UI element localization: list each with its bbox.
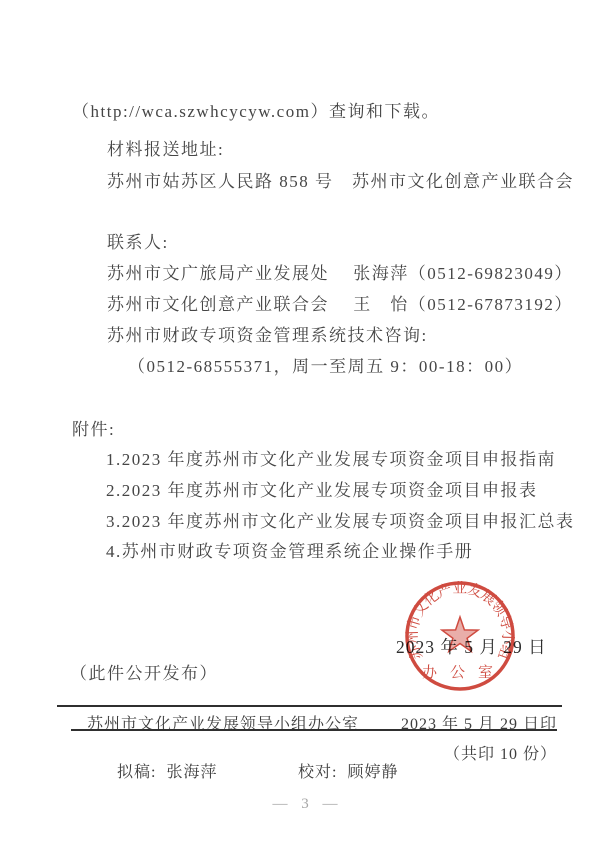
proofreader-label: 校对: bbox=[298, 764, 337, 781]
attachment-item-4: 4.苏州市财政专项资金管理系统企业操作手册 bbox=[106, 541, 473, 562]
contact-line-1: 苏州市文广旅局产业发展处 张海萍（0512-69823049） bbox=[107, 263, 573, 284]
drafter-label: 拟稿: bbox=[117, 764, 156, 781]
contact-line-2: 苏州市文化创意产业联合会 王 怡（0512-67873192） bbox=[107, 294, 573, 315]
copies-count: （共印 10 份） bbox=[444, 741, 557, 800]
footer-row-credits: 拟稿:张海萍 校对:顾婷静 （共印 10 份） bbox=[87, 741, 557, 800]
attachment-item-2: 2.2023 年度苏州市文化产业发展专项资金项目申报表 bbox=[106, 480, 538, 501]
seal-star-icon bbox=[442, 617, 478, 651]
attachments-label: 附件: bbox=[72, 419, 115, 440]
drafter: 拟稿:张海萍 bbox=[87, 741, 217, 800]
attachment-item-1: 1.2023 年度苏州市文化产业发展专项资金项目申报指南 bbox=[106, 449, 556, 470]
proofreader-name: 顾婷静 bbox=[347, 764, 398, 781]
contacts-label: 联系人: bbox=[107, 232, 169, 253]
material-address-label: 材料报送地址: bbox=[107, 139, 224, 160]
footer-divider-middle bbox=[71, 729, 557, 731]
seal-office-text: 办公室 bbox=[422, 664, 506, 681]
footer-divider-top bbox=[57, 705, 562, 707]
public-release-note: （此件公开发布） bbox=[70, 663, 218, 684]
page-number: — 3 — bbox=[0, 796, 615, 813]
tech-support-label: 苏州市财政专项资金管理系统技术咨询: bbox=[107, 325, 428, 346]
material-address: 苏州市姑苏区人民路 858 号 苏州市文化创意产业联合会 bbox=[107, 171, 574, 192]
url-line: （http://wca.szwhcycyw.com）查询和下载。 bbox=[72, 101, 440, 122]
tech-support-phone: （0512-68555371，周一至周五 9：00-18：00） bbox=[128, 356, 523, 377]
document-page: （http://wca.szwhcycyw.com）查询和下载。 材料报送地址:… bbox=[0, 0, 615, 849]
proofreader: 校对:顾婷静 bbox=[268, 741, 398, 800]
official-seal: 苏州市文化产业发展领导小组 办公室 bbox=[401, 577, 519, 695]
attachment-item-3: 3.2023 年度苏州市文化产业发展专项资金项目申报汇总表 bbox=[106, 511, 575, 532]
drafter-name: 张海萍 bbox=[166, 764, 217, 781]
